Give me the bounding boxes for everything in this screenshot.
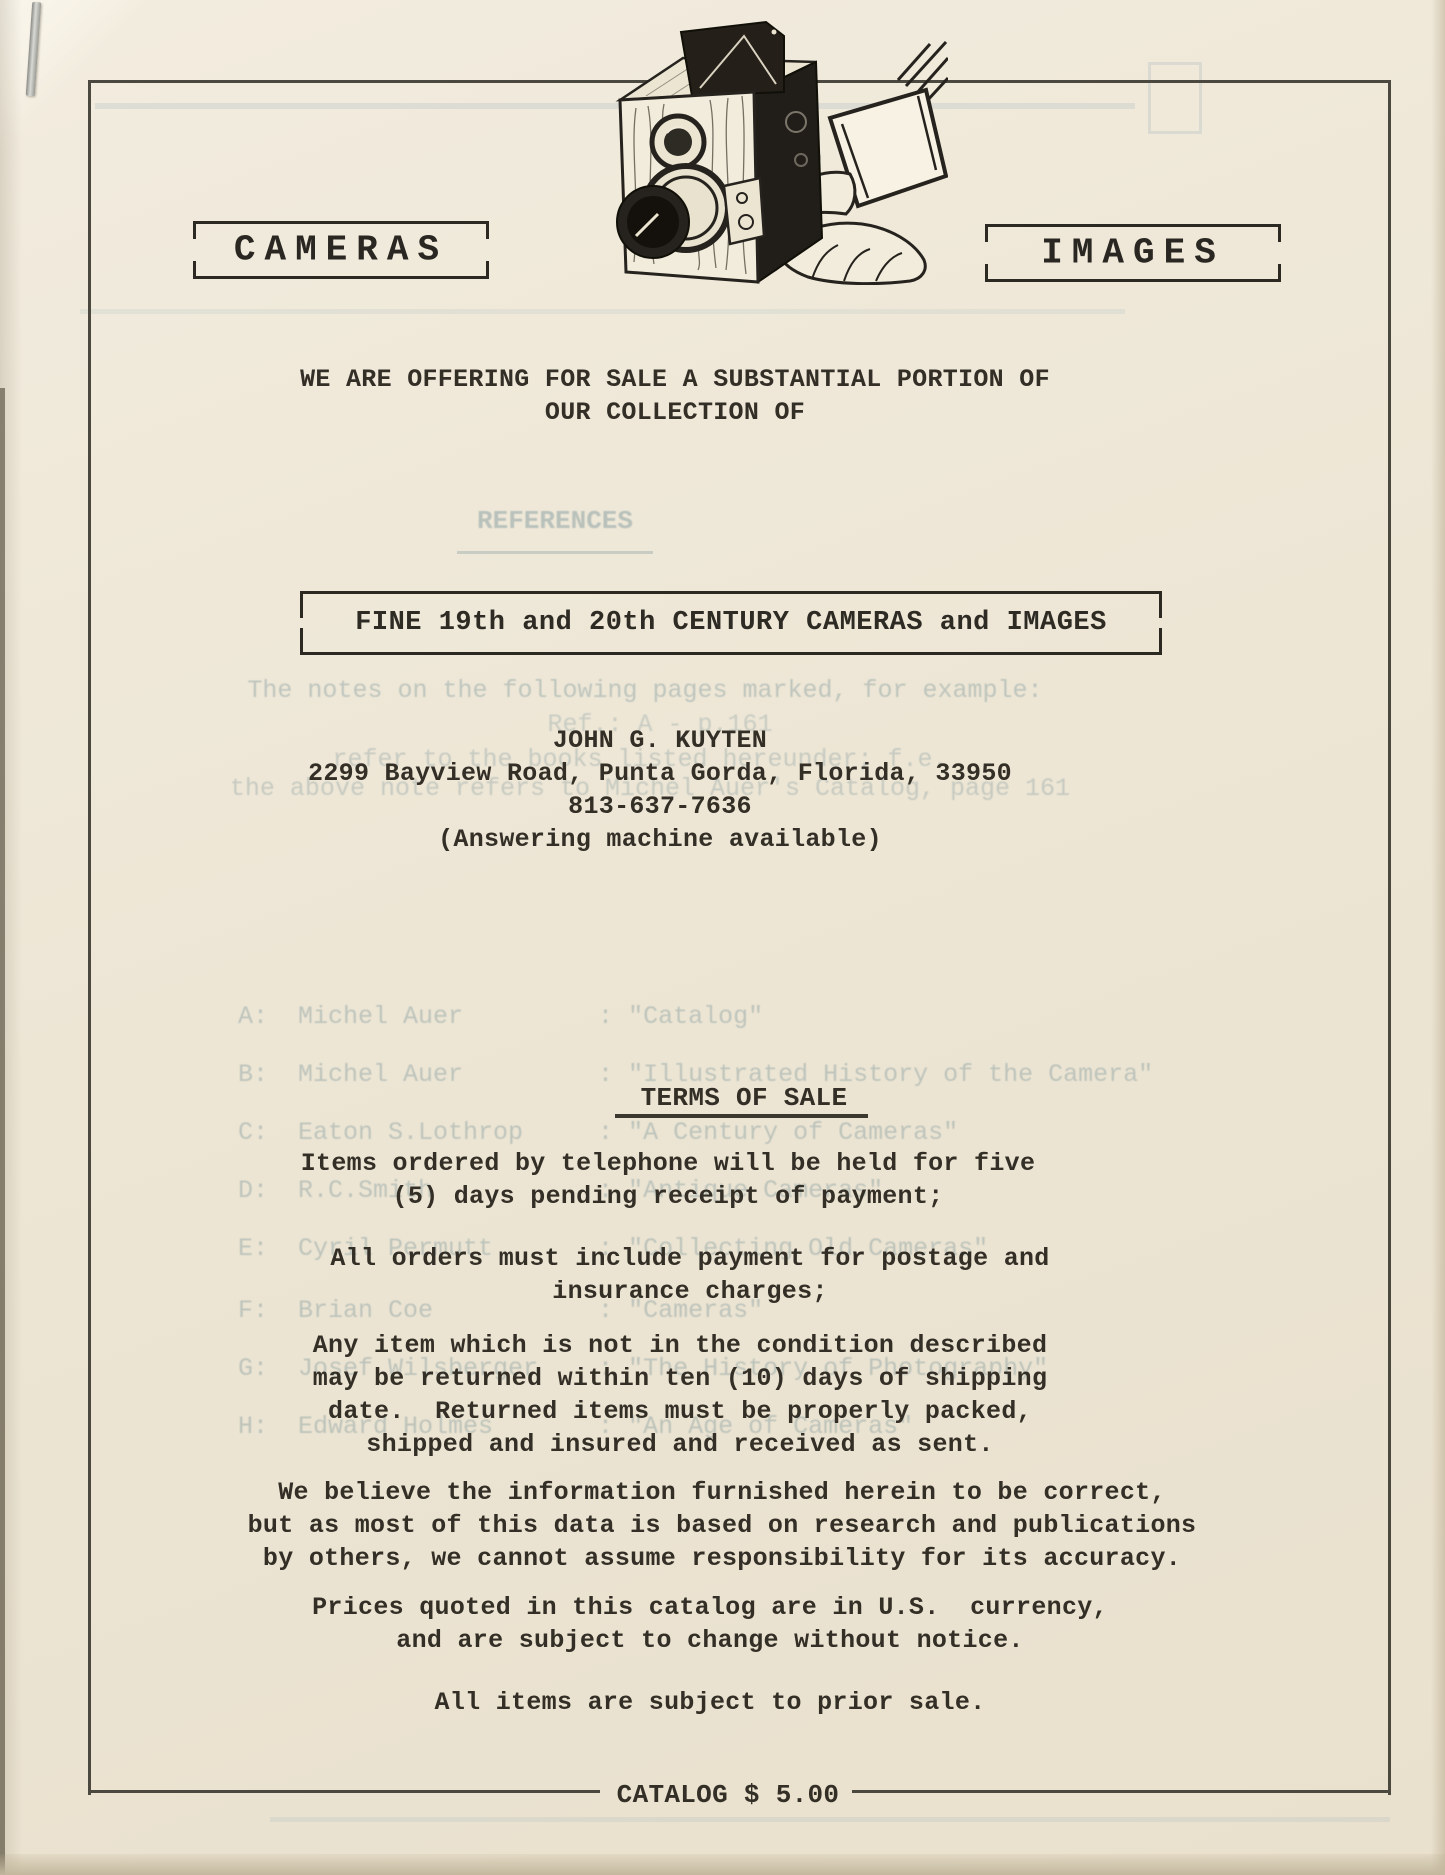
- contact-phone: 813-637-7636: [0, 790, 1320, 823]
- intro-heading: WE ARE OFFERING FOR SALE A SUBSTANTIAL P…: [0, 363, 1350, 429]
- images-title-box: IMAGES: [985, 224, 1281, 282]
- terms-paragraph: All items are subject to prior sale.: [0, 1686, 1420, 1719]
- terms-paragraph: Any item which is not in the condition d…: [0, 1329, 1360, 1461]
- viewfinder: [681, 22, 784, 96]
- catalog-cover-page: REFERENCES The notes on the following pa…: [0, 0, 1445, 1875]
- box-camera-illustration: [478, 0, 948, 285]
- banner-text: FINE 19th and 20th CENTURY CAMERAS and I…: [300, 608, 1162, 638]
- terms-paragraph: All orders must include payment for post…: [0, 1242, 1380, 1308]
- terms-paragraph: Items ordered by telephone will be held …: [0, 1147, 1336, 1213]
- cameras-title: CAMERAS: [193, 230, 489, 271]
- shutter-plate: [724, 178, 764, 244]
- banner-box: FINE 19th and 20th CENTURY CAMERAS and I…: [300, 591, 1162, 655]
- terms-heading: TERMS OF SALE: [44, 1082, 1444, 1115]
- bottom-edge-shadow: [0, 1854, 1445, 1875]
- contact-note: (Answering machine available): [0, 823, 1320, 856]
- bleed-streak: [270, 1817, 1390, 1822]
- images-title: IMAGES: [985, 233, 1281, 274]
- cameras-title-box: CAMERAS: [193, 221, 489, 279]
- right-edge-shadow: [1431, 0, 1445, 1875]
- contact-name: JOHN G. KUYTEN: [0, 724, 1320, 757]
- terms-underline: [615, 1114, 868, 1118]
- terms-paragraph: We believe the information furnished her…: [0, 1476, 1444, 1575]
- contact-address: 2299 Bayview Road, Punta Gorda, Florida,…: [0, 757, 1320, 790]
- catalog-price: CATALOG $ 5.00: [11, 1779, 1445, 1812]
- terms-paragraph: Prices quoted in this catalog are in U.S…: [0, 1591, 1420, 1657]
